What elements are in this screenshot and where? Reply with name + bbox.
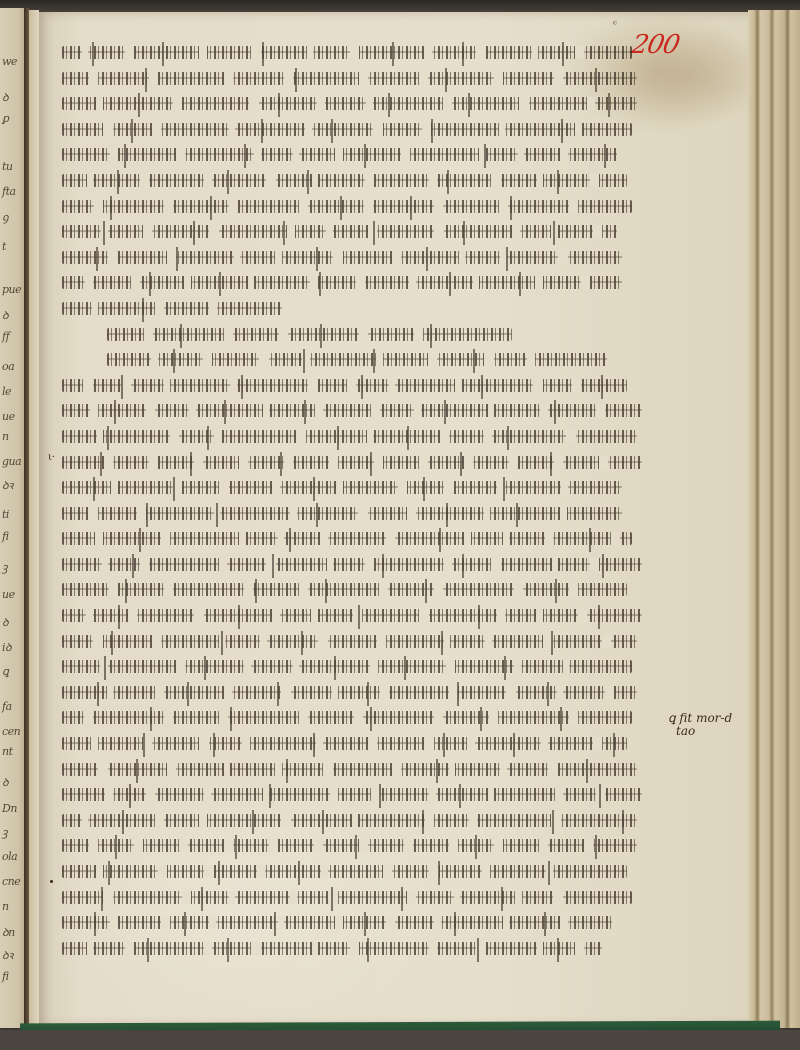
facing-page-text-fragment: ꝺ: [2, 90, 8, 105]
script-text: [62, 174, 627, 187]
script-text: [62, 225, 617, 238]
facing-page-text-fragment: ꝺ: [2, 308, 8, 323]
manuscript-line: [62, 91, 658, 117]
facing-page-text-fragment: ꝯ: [2, 210, 8, 225]
script-text: [62, 404, 642, 417]
manuscript-line: [62, 296, 658, 322]
script-text: [62, 456, 642, 469]
manuscript-line: [62, 347, 658, 373]
script-text: [62, 686, 637, 699]
script-text: [62, 814, 637, 827]
script-text: [62, 763, 637, 776]
facing-page-text-fragment: ꝺ: [2, 615, 8, 630]
script-text: [62, 46, 632, 59]
facing-page-text-fragment: tu: [2, 160, 13, 173]
manuscript-line: [62, 373, 658, 399]
manuscript-line: [62, 705, 658, 731]
manuscript-line: [62, 424, 658, 450]
margin-mark: ι·: [48, 452, 55, 463]
facing-page-text-fragment: ꝑ: [2, 112, 8, 125]
manuscript-line: [62, 757, 658, 783]
manuscript-line: [62, 782, 658, 808]
manuscript-line: [62, 450, 658, 476]
script-text: [62, 430, 637, 443]
facing-page-text-fragment: Dn: [2, 802, 17, 815]
facing-page-text-fragment: ue: [2, 410, 15, 423]
facing-page-left: weꝺꝑtuftaꝯtpueꝺffoaleuenguaꝺꝛtifiꝫueꝺiꝺꝗ…: [0, 8, 26, 1028]
script-text: [62, 481, 622, 494]
facing-page-text-fragment: ꝫ: [2, 825, 7, 840]
facing-page-text-fragment: iꝺ: [2, 640, 11, 655]
facing-page-text-fragment: gua: [2, 455, 21, 468]
manuscript-line: [62, 194, 658, 220]
facing-page-text-fragment: n: [2, 430, 9, 443]
script-text: [62, 123, 632, 136]
manuscript-line: [62, 398, 658, 424]
facing-page-text-fragment: ff: [2, 330, 9, 343]
script-text: [62, 302, 282, 315]
manuscript-line: [62, 526, 658, 552]
manuscript-line: [62, 859, 658, 885]
manuscript-line: [62, 629, 658, 655]
facing-page-text-fragment: ꝫ: [2, 560, 7, 575]
facing-page-text-fragment: pue: [2, 283, 21, 296]
facing-page-text-fragment: nt: [2, 745, 13, 758]
facing-page-text-fragment: ꝺꝛ: [2, 948, 13, 963]
manuscript-line: [62, 577, 658, 603]
facing-page-text-fragment: ꝗ: [2, 665, 8, 678]
manuscript-line: [62, 322, 658, 348]
manuscript-line: [62, 808, 658, 834]
script-text: [62, 865, 627, 878]
script-text: [62, 276, 622, 289]
script-text: [62, 97, 637, 110]
margin-dot: [50, 880, 53, 883]
facing-page-text-fragment: n: [2, 900, 9, 913]
facing-page-text-fragment: ola: [2, 850, 17, 863]
script-text: [62, 635, 637, 648]
manuscript-line: [62, 245, 658, 271]
manuscript-line: [62, 219, 658, 245]
manuscript-line: [62, 270, 658, 296]
marginal-note-line: tao: [668, 725, 732, 738]
manuscript-line: [62, 885, 658, 911]
folio-top-mark: ᶜ: [613, 18, 617, 31]
facing-page-text-fragment: fa: [2, 700, 12, 713]
manuscript-line: [62, 142, 658, 168]
script-text: [62, 507, 622, 520]
manuscript-line: [62, 680, 658, 706]
facing-page-text-fragment: t: [2, 240, 6, 253]
script-text: [62, 839, 637, 852]
script-text: [62, 583, 627, 596]
script-text: [62, 891, 632, 904]
manuscript-line: [62, 833, 658, 859]
facing-page-text-fragment: fta: [2, 185, 16, 198]
manuscript-line: [62, 501, 658, 527]
script-text: [62, 609, 642, 622]
marginal-note: ꝗ fit mor-d tao: [668, 712, 732, 738]
manuscript-line: [62, 731, 658, 757]
page-fold: [29, 10, 39, 1026]
main-text-block: [62, 40, 658, 961]
manuscript-line: [62, 168, 658, 194]
manuscript-line: [62, 40, 658, 66]
script-text: [107, 353, 607, 366]
facing-page-text-fragment: ꝺ: [2, 775, 8, 790]
script-text: [62, 737, 627, 750]
manuscript-line: [62, 603, 658, 629]
facing-page-text-fragment: cne: [2, 875, 20, 888]
script-text: [62, 788, 642, 801]
facing-page-text-fragment: cen: [2, 725, 20, 738]
script-text: [62, 251, 622, 264]
facing-page-text-fragment: ꝺꝛ: [2, 478, 13, 493]
script-text: [62, 379, 627, 392]
script-text: [62, 148, 617, 161]
script-text: [62, 711, 632, 724]
script-text: [62, 942, 602, 955]
facing-page-text-fragment: ꝺn: [2, 925, 15, 940]
script-text: [62, 660, 632, 673]
manuscript-line: [62, 936, 658, 962]
manuscript-line: [62, 66, 658, 92]
manuscript-line: [62, 910, 658, 936]
script-text: [107, 328, 512, 341]
facing-page-text-fragment: we: [2, 55, 17, 68]
facing-page-text-fragment: ue: [2, 588, 15, 601]
facing-page-text-fragment: ti: [2, 508, 9, 521]
page-edges-right: [748, 10, 800, 1028]
script-text: [62, 558, 642, 571]
manuscript-line: [62, 475, 658, 501]
facing-page-text-fragment: fi: [2, 970, 9, 983]
facing-page-text-fragment: oa: [2, 360, 14, 373]
manuscript-line: [62, 654, 658, 680]
script-text: [62, 72, 637, 85]
script-text: [62, 916, 612, 929]
facing-page-text-fragment: fi: [2, 530, 9, 543]
manuscript-line: [62, 117, 658, 143]
facing-page-text-fragment: le: [2, 385, 11, 398]
binding-bottom: [0, 1030, 800, 1050]
manuscript-line: [62, 552, 658, 578]
script-text: [62, 532, 632, 545]
script-text: [62, 200, 632, 213]
